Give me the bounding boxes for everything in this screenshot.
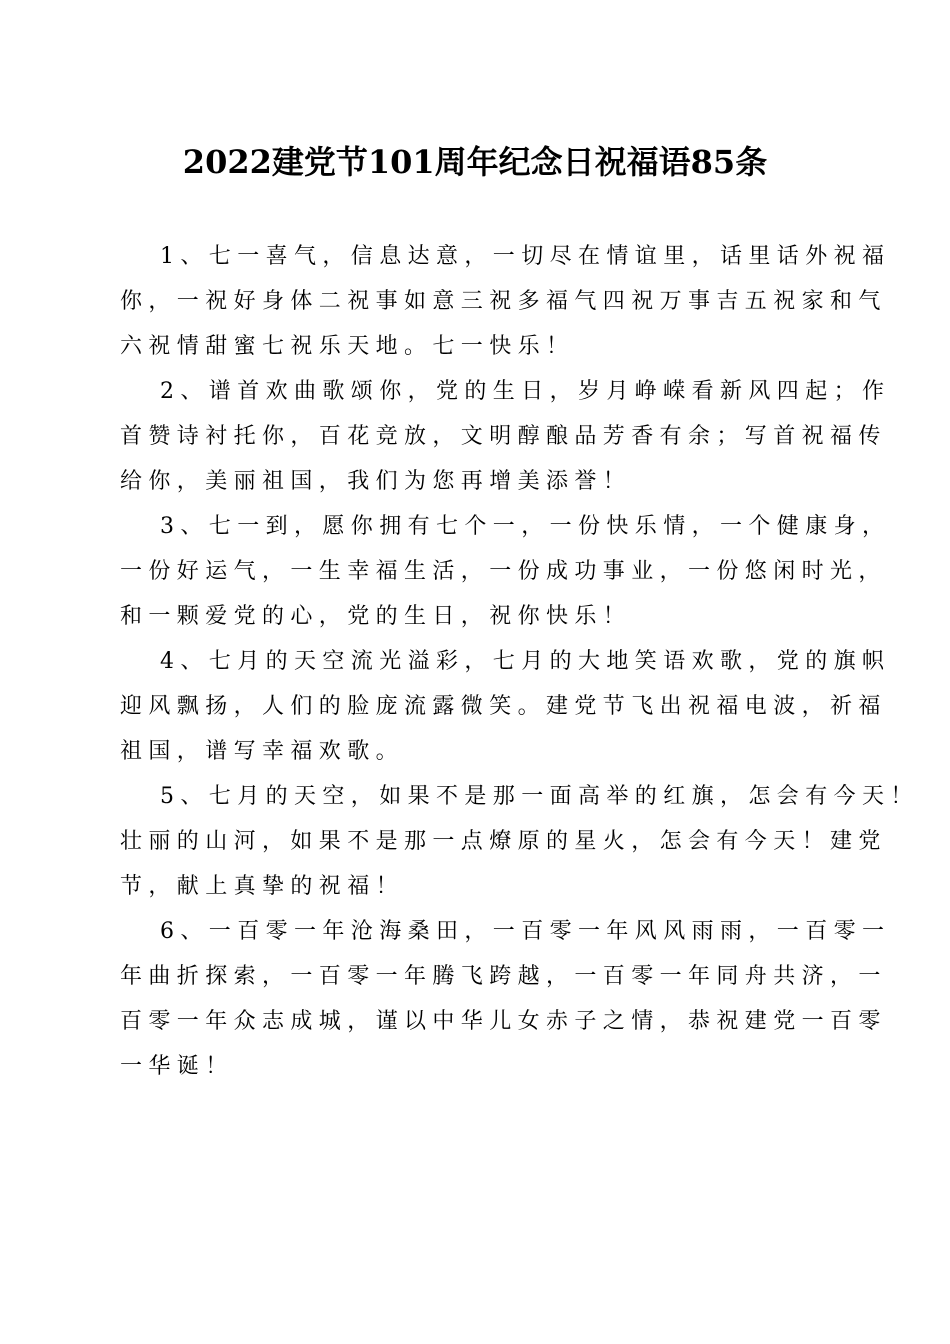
paragraph-line: 你，一祝好身体二祝事如意三祝多福气四祝万事吉五祝家和气 — [120, 279, 840, 324]
document-page: 2022建党节101周年纪念日祝福语85条 1、七一喜气，信息达意，一切尽在情谊… — [0, 0, 950, 1344]
paragraph-line: 3、七一到，愿你拥有七个一，一份快乐情，一个健康身， — [120, 504, 840, 549]
paragraph-line: 节，献上真挚的祝福！ — [120, 864, 840, 909]
paragraph-line: 百零一年众志成城，谨以中华儿女赤子之情，恭祝建党一百零 — [120, 999, 840, 1044]
paragraph-line: 一份好运气，一生幸福生活，一份成功事业，一份悠闲时光， — [120, 549, 840, 594]
greeting-paragraph-3: 3、七一到，愿你拥有七个一，一份快乐情，一个健康身， 一份好运气，一生幸福生活，… — [120, 504, 840, 639]
paragraph-line: 六祝情甜蜜七祝乐天地。七一快乐！ — [120, 324, 840, 369]
paragraph-line: 一华诞！ — [120, 1044, 840, 1089]
greeting-paragraph-1: 1、七一喜气，信息达意，一切尽在情谊里，话里话外祝福 你，一祝好身体二祝事如意三… — [120, 234, 840, 369]
paragraph-line: 年曲折探索，一百零一年腾飞跨越，一百零一年同舟共济，一 — [120, 954, 840, 999]
paragraph-line: 6、一百零一年沧海桑田，一百零一年风风雨雨，一百零一 — [120, 909, 840, 954]
paragraph-line: 迎风飘扬，人们的脸庞流露微笑。建党节飞出祝福电波，祈福 — [120, 684, 840, 729]
paragraph-line: 2、谱首欢曲歌颂你，党的生日，岁月峥嵘看新风四起；作 — [120, 369, 840, 414]
paragraph-line: 壮丽的山河，如果不是那一点燎原的星火，怎会有今天！建党 — [120, 819, 840, 864]
paragraph-line: 5、七月的天空，如果不是那一面高举的红旗，怎会有今天！ — [120, 774, 840, 819]
paragraph-line: 给你，美丽祖国，我们为您再增美添誉！ — [120, 459, 840, 504]
greeting-paragraph-6: 6、一百零一年沧海桑田，一百零一年风风雨雨，一百零一 年曲折探索，一百零一年腾飞… — [120, 909, 840, 1089]
greeting-paragraph-2: 2、谱首欢曲歌颂你，党的生日，岁月峥嵘看新风四起；作 首赞诗衬托你，百花竞放，文… — [120, 369, 840, 504]
greeting-paragraph-4: 4、七月的天空流光溢彩，七月的大地笑语欢歌，党的旗帜 迎风飘扬，人们的脸庞流露微… — [120, 639, 840, 774]
paragraph-line: 首赞诗衬托你，百花竞放，文明醇酿品芳香有余；写首祝福传 — [120, 414, 840, 459]
paragraph-line: 和一颗爱党的心，党的生日，祝你快乐！ — [120, 594, 840, 639]
paragraph-line: 1、七一喜气，信息达意，一切尽在情谊里，话里话外祝福 — [120, 234, 840, 279]
document-body: 1、七一喜气，信息达意，一切尽在情谊里，话里话外祝福 你，一祝好身体二祝事如意三… — [120, 234, 840, 1089]
document-title: 2022建党节101周年纪念日祝福语85条 — [0, 138, 950, 186]
paragraph-line: 4、七月的天空流光溢彩，七月的大地笑语欢歌，党的旗帜 — [120, 639, 840, 684]
greeting-paragraph-5: 5、七月的天空，如果不是那一面高举的红旗，怎会有今天！ 壮丽的山河，如果不是那一… — [120, 774, 840, 909]
paragraph-line: 祖国，谱写幸福欢歌。 — [120, 729, 840, 774]
